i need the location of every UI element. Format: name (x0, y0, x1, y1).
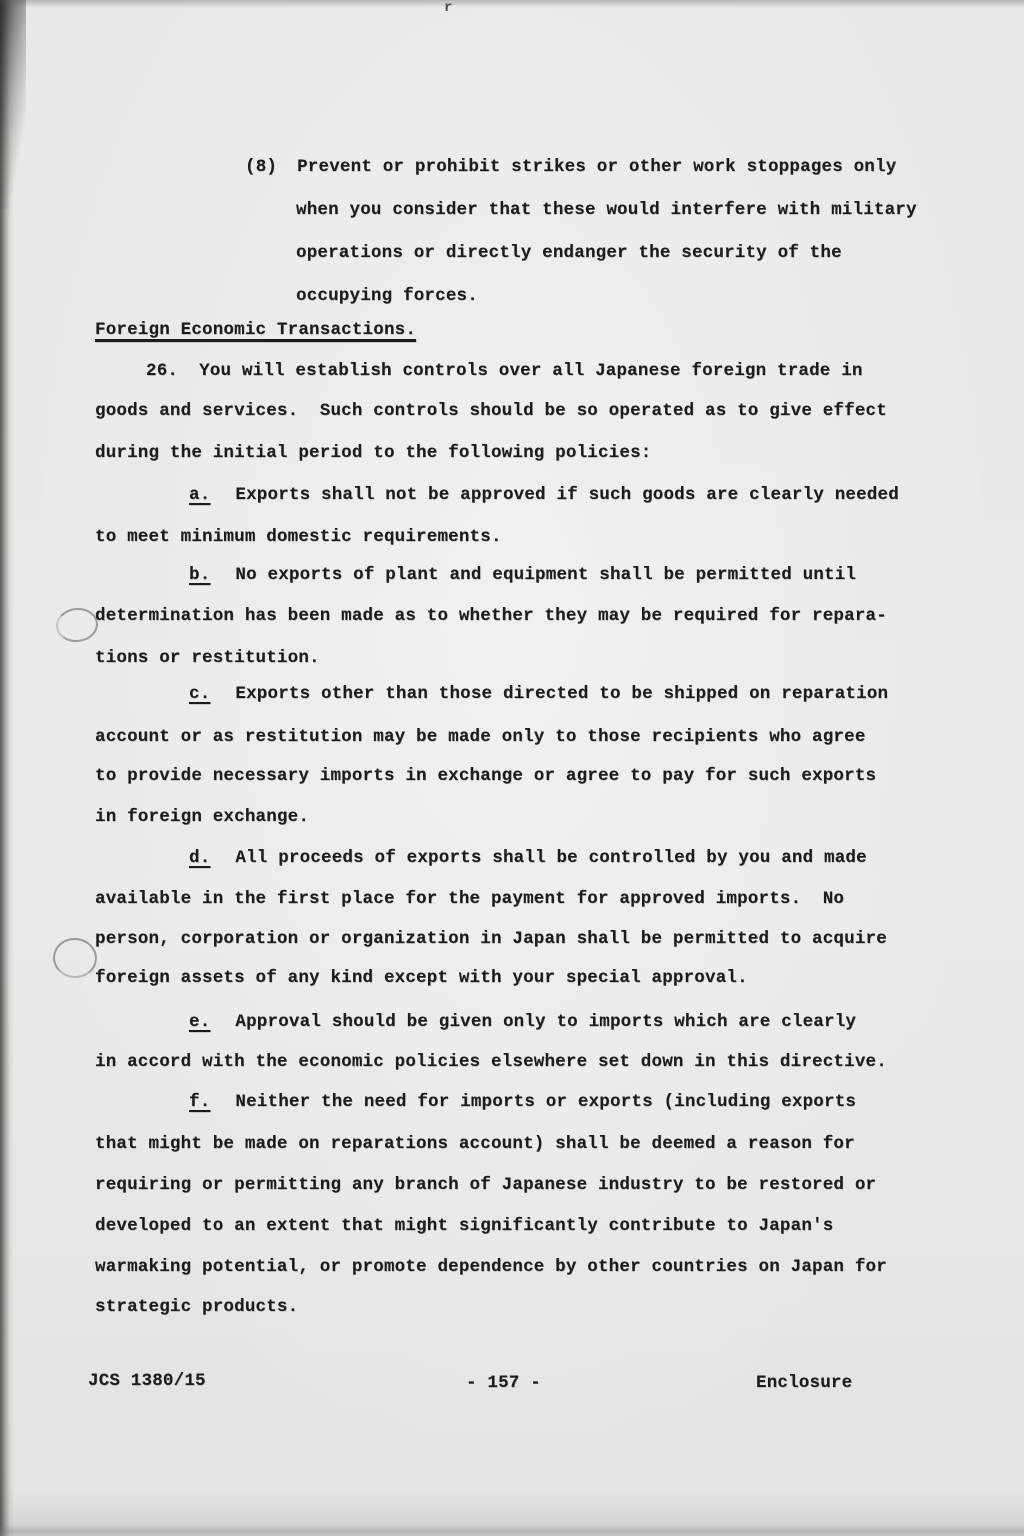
item-f-line-4: developed to an extent that might signif… (95, 1216, 833, 1236)
item-c-line-2: account or as restitution may be made on… (95, 727, 866, 747)
item-d-line-3: person, corporation or organization in J… (95, 929, 887, 949)
item-f-line-6: strategic products. (95, 1297, 298, 1317)
item-c-line-4: in foreign exchange. (95, 807, 309, 827)
item-c-label: c. (189, 684, 210, 704)
scan-edge-top (0, 0, 1024, 8)
item-f-text-1: Neither the need for imports or exports … (235, 1092, 856, 1112)
item-a-text-1: Exports shall not be approved if such go… (235, 485, 899, 505)
item-b-text-1: No exports of plant and equipment shall … (235, 565, 856, 585)
item-a-label: a. (189, 485, 210, 505)
item-a-line-2: to meet minimum domestic requirements. (95, 527, 502, 547)
item8-line-2: when you consider that these would inter… (296, 200, 917, 220)
item8-line-1: (8)Prevent or prohibit strikes or other … (245, 157, 896, 177)
scanned-document-page: r (8)Prevent or prohibit strikes or othe… (0, 0, 1024, 1536)
item8-label: (8) (245, 157, 277, 177)
footer-enclosure-label: Enclosure (756, 1373, 852, 1393)
item-f-line-5: warmaking potential, or promote dependen… (95, 1257, 887, 1277)
item-d-label: d. (189, 848, 210, 868)
item-f-label: f. (189, 1092, 210, 1112)
item-b-line-1: b.No exports of plant and equipment shal… (189, 565, 856, 585)
footer-doc-id: JCS 1380/15 (88, 1371, 206, 1391)
binder-ring-mark-1 (54, 606, 99, 644)
para26-line-1: 26.You will establish controls over all … (146, 361, 863, 381)
para26-text-1: You will establish controls over all Jap… (199, 361, 863, 381)
item-d-line-1: d.All proceeds of exports shall be contr… (189, 848, 867, 868)
item-d-line-2: available in the first place for the pay… (95, 889, 844, 909)
item8-text-1: Prevent or prohibit strikes or other wor… (297, 157, 896, 177)
section-heading: Foreign Economic Transactions. (95, 320, 416, 340)
item-e-line-2: in accord with the economic policies els… (95, 1052, 887, 1072)
item-e-text-1: Approval should be given only to imports… (235, 1012, 856, 1032)
para26-line-2: goods and services. Such controls should… (95, 401, 887, 421)
para26-line-3: during the initial period to the followi… (95, 443, 652, 463)
item-c-text-1: Exports other than those directed to be … (235, 684, 888, 704)
item-b-line-3: tions or restitution. (95, 648, 320, 668)
item8-line-4: occupying forces. (296, 286, 478, 306)
item-a-line-1: a.Exports shall not be approved if such … (189, 485, 899, 505)
item-e-line-1: e.Approval should be given only to impor… (189, 1012, 856, 1032)
footer-page-number: - 157 - (466, 1373, 541, 1393)
stray-ink-mark: r (444, 0, 452, 16)
item-c-line-3: to provide necessary imports in exchange… (95, 766, 876, 786)
item-f-line-3: requiring or permitting any branch of Ja… (95, 1175, 876, 1195)
item-b-line-2: determination has been made as to whethe… (95, 606, 887, 626)
item-d-text-1: All proceeds of exports shall be control… (235, 848, 866, 868)
item-f-line-1: f.Neither the need for imports or export… (189, 1092, 856, 1112)
item-e-label: e. (189, 1012, 210, 1032)
binder-ring-mark-2 (52, 937, 99, 980)
item-b-label: b. (189, 565, 210, 585)
item8-line-3: operations or directly endanger the secu… (296, 243, 842, 263)
scan-edge-left-top (0, 0, 26, 210)
scan-edge-left (0, 0, 14, 1536)
para26-number: 26. (146, 361, 178, 381)
item-f-line-2: that might be made on reparations accoun… (95, 1134, 855, 1154)
scan-edge-bottom (0, 1524, 1024, 1536)
item-c-line-1: c.Exports other than those directed to b… (189, 684, 888, 704)
item-d-line-4: foreign assets of any kind except with y… (95, 968, 748, 988)
